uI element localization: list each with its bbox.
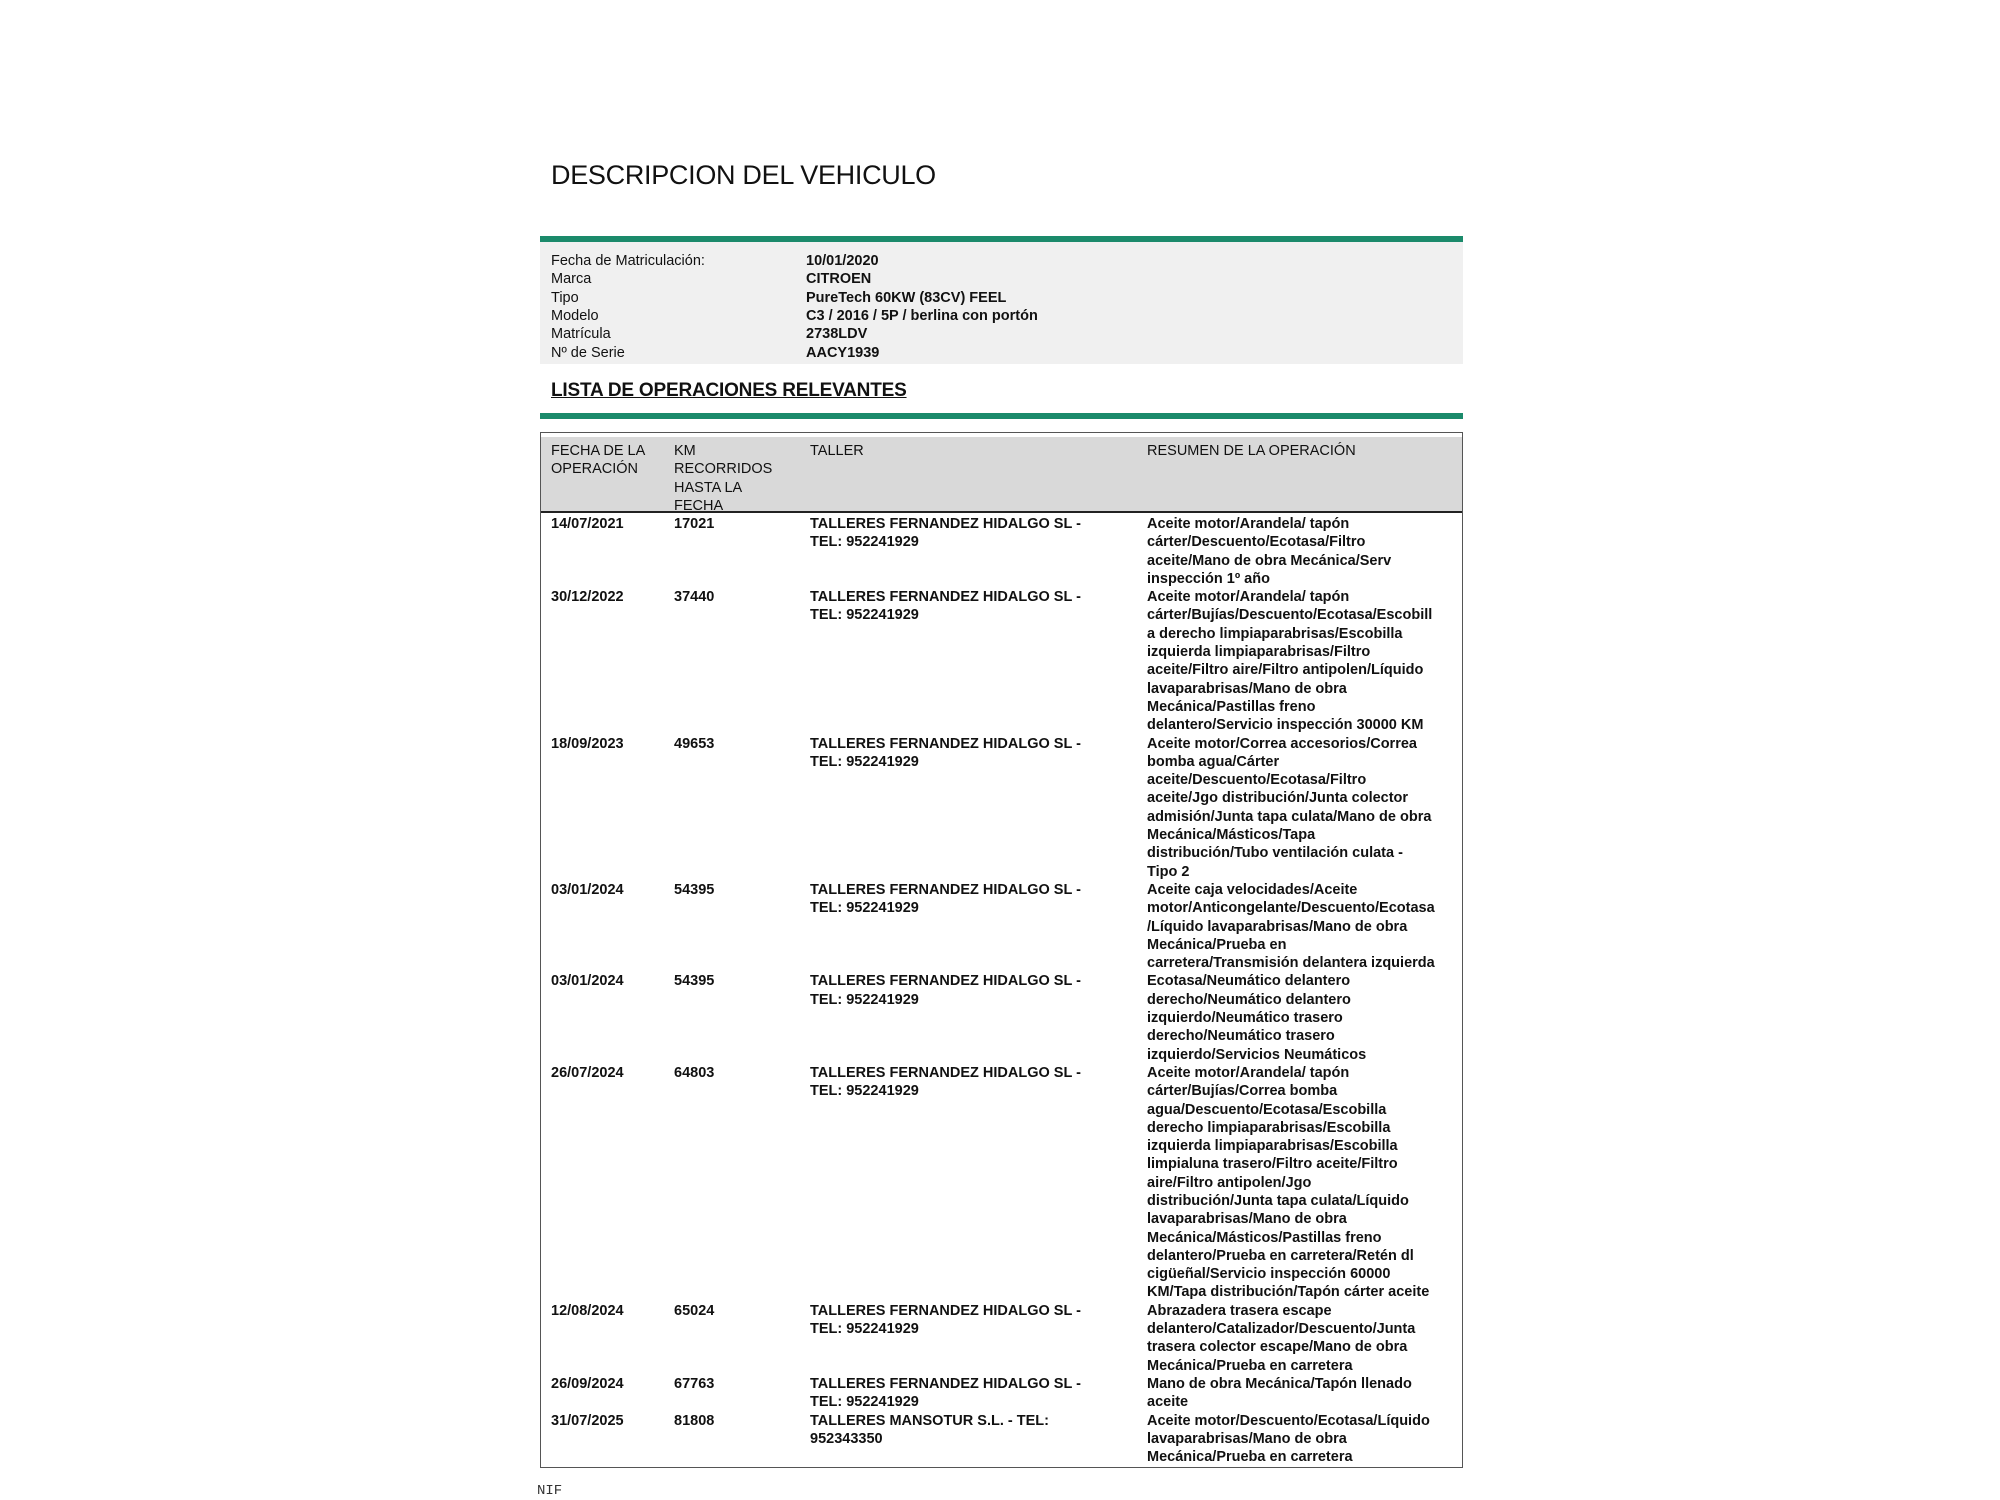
table-row: 12/08/202465024TALLERES FERNANDEZ HIDALG… — [541, 1302, 1462, 1375]
cell-summary: Aceite motor/Descuento/Ecotasa/Líquido l… — [1147, 1412, 1467, 1467]
table-row: 26/07/202464803TALLERES FERNANDEZ HIDALG… — [541, 1064, 1462, 1302]
info-row-registration-date: Fecha de Matriculación: 10/01/2020 — [551, 252, 1451, 270]
cell-taller: TALLERES FERNANDEZ HIDALGO SL - TEL: 952… — [810, 881, 1130, 918]
cell-date: 12/08/2024 — [551, 1302, 666, 1320]
info-value: 10/01/2020 — [806, 252, 879, 270]
cell-km: 49653 — [674, 735, 794, 753]
cell-date: 18/09/2023 — [551, 735, 666, 753]
table-header: FECHA DE LA OPERACIÓN KM RECORRIDOS HAST… — [541, 437, 1462, 513]
cell-km: 54395 — [674, 881, 794, 899]
cell-summary: Aceite motor/Arandela/ tapón cárter/Bují… — [1147, 588, 1467, 734]
cell-summary: Aceite motor/Correa accesorios/Correa bo… — [1147, 735, 1467, 881]
cell-summary: Abrazadera trasera escape delantero/Cata… — [1147, 1302, 1467, 1375]
table-body: 14/07/202117021TALLERES FERNANDEZ HIDALG… — [541, 515, 1462, 1466]
cell-taller: TALLERES FERNANDEZ HIDALGO SL - TEL: 952… — [810, 972, 1130, 1009]
cell-summary: Aceite motor/Arandela/ tapón cárter/Bují… — [1147, 1064, 1467, 1302]
vehicle-info-box: Fecha de Matriculación: 10/01/2020 Marca… — [540, 242, 1463, 364]
cell-date: 26/07/2024 — [551, 1064, 666, 1082]
cell-km: 64803 — [674, 1064, 794, 1082]
cell-taller: TALLERES FERNANDEZ HIDALGO SL - TEL: 952… — [810, 1302, 1130, 1339]
page-title: DESCRIPCION DEL VEHICULO — [551, 160, 936, 191]
operations-table: FECHA DE LA OPERACIÓN KM RECORRIDOS HAST… — [540, 432, 1463, 1468]
info-value: PureTech 60KW (83CV) FEEL — [806, 289, 1006, 307]
cell-summary: Aceite motor/Arandela/ tapón cárter/Desc… — [1147, 515, 1467, 588]
info-label: Fecha de Matriculación: — [551, 252, 705, 270]
info-value: C3 / 2016 / 5P / berlina con portón — [806, 307, 1038, 325]
info-value: AACY1939 — [806, 344, 879, 362]
cell-taller: TALLERES MANSOTUR S.L. - TEL: 952343350 — [810, 1412, 1130, 1449]
cell-km: 17021 — [674, 515, 794, 533]
header-date: FECHA DE LA OPERACIÓN — [551, 442, 666, 479]
table-row: 30/12/202237440TALLERES FERNANDEZ HIDALG… — [541, 588, 1462, 734]
cell-km: 54395 — [674, 972, 794, 990]
table-row: 14/07/202117021TALLERES FERNANDEZ HIDALG… — [541, 515, 1462, 588]
cell-date: 14/07/2021 — [551, 515, 666, 533]
cell-km: 37440 — [674, 588, 794, 606]
operations-section-title: LISTA DE OPERACIONES RELEVANTES — [551, 380, 907, 402]
header-taller: TALLER — [810, 442, 1130, 460]
table-row: 03/01/202454395TALLERES FERNANDEZ HIDALG… — [541, 972, 1462, 1063]
info-label: Matrícula — [551, 325, 611, 343]
table-row: 31/07/202581808TALLERES MANSOTUR S.L. - … — [541, 1412, 1462, 1467]
info-row-model: Modelo C3 / 2016 / 5P / berlina con port… — [551, 307, 1451, 325]
cell-date: 03/01/2024 — [551, 881, 666, 899]
info-row-type: Tipo PureTech 60KW (83CV) FEEL — [551, 289, 1451, 307]
table-row: 26/09/202467763TALLERES FERNANDEZ HIDALG… — [541, 1375, 1462, 1412]
cell-taller: TALLERES FERNANDEZ HIDALGO SL - TEL: 952… — [810, 588, 1130, 625]
cell-km: 81808 — [674, 1412, 794, 1430]
header-km: KM RECORRIDOS HASTA LA FECHA — [674, 442, 794, 515]
cell-taller: TALLERES FERNANDEZ HIDALGO SL - TEL: 952… — [810, 1064, 1130, 1101]
info-value: 2738LDV — [806, 325, 867, 343]
cell-km: 65024 — [674, 1302, 794, 1320]
cell-taller: TALLERES FERNANDEZ HIDALGO SL - TEL: 952… — [810, 515, 1130, 552]
section-divider — [540, 413, 1463, 419]
info-value: CITROEN — [806, 270, 871, 288]
footer-nif: NIF — [537, 1483, 562, 1499]
cell-taller: TALLERES FERNANDEZ HIDALGO SL - TEL: 952… — [810, 1375, 1130, 1412]
info-label: Marca — [551, 270, 591, 288]
cell-taller: TALLERES FERNANDEZ HIDALGO SL - TEL: 952… — [810, 735, 1130, 772]
cell-date: 03/01/2024 — [551, 972, 666, 990]
cell-summary: Mano de obra Mecánica/Tapón llenado acei… — [1147, 1375, 1467, 1412]
info-row-plate: Matrícula 2738LDV — [551, 325, 1451, 343]
info-label: Tipo — [551, 289, 579, 307]
cell-date: 26/09/2024 — [551, 1375, 666, 1393]
info-label: Modelo — [551, 307, 599, 325]
cell-summary: Aceite caja velocidades/Aceite motor/Ant… — [1147, 881, 1467, 972]
info-label: Nº de Serie — [551, 344, 625, 362]
header-summary: RESUMEN DE LA OPERACIÓN — [1147, 442, 1467, 460]
table-row: 03/01/202454395TALLERES FERNANDEZ HIDALG… — [541, 881, 1462, 972]
cell-summary: Ecotasa/Neumático delantero derecho/Neum… — [1147, 972, 1467, 1063]
info-row-serial: Nº de Serie AACY1939 — [551, 344, 1451, 362]
cell-date: 30/12/2022 — [551, 588, 666, 606]
cell-date: 31/07/2025 — [551, 1412, 666, 1430]
info-row-brand: Marca CITROEN — [551, 270, 1451, 288]
cell-km: 67763 — [674, 1375, 794, 1393]
table-row: 18/09/202349653TALLERES FERNANDEZ HIDALG… — [541, 735, 1462, 881]
